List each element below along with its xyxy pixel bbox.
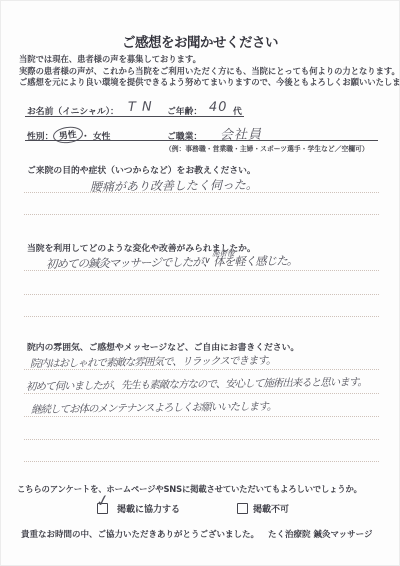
publish-deny-label: 掲載不可 xyxy=(253,502,289,515)
answer-line xyxy=(24,439,379,440)
answer-line xyxy=(24,369,379,370)
age-value: 40 xyxy=(209,100,228,115)
answer-line xyxy=(24,416,379,417)
question-1-label: ご来院の目的や症状（いつからなど）をお教えください。 xyxy=(27,163,256,176)
intro-paragraph: 当院では現在、患者様の声を募集しております。 実際の患者様の声が、これから当院を… xyxy=(19,54,400,89)
clinic-name: たく治療院 鍼灸マッサージ xyxy=(268,528,372,540)
name-value: T N xyxy=(128,100,153,115)
thanks-text: 貴重なお時間の中、ご協力いただきありがとうございました。 xyxy=(21,528,259,540)
name-row-underline xyxy=(25,116,244,117)
answer-line xyxy=(24,192,379,193)
selection-circle: 男性 xyxy=(52,125,83,144)
intro-line-3: ご感想を元により良い環境を提供できるよう努めてまいりますので、今後ともよろしくお… xyxy=(19,77,400,89)
answer-line xyxy=(24,461,379,462)
answer-line xyxy=(24,270,379,271)
occupation-hint: （例：事務職・営業職・主婦・スポーツ選手・学生など／空欄可） xyxy=(165,143,369,153)
page-title: ご感想をお聞かせください xyxy=(0,31,400,51)
publish-deny-checkbox xyxy=(237,503,248,514)
intro-line-1: 当院では現在、患者様の声を募集しております。 xyxy=(19,54,400,66)
question-3-label: 院内の雰囲気、ご感想やメッセージなど、ご自由にお書きください。 xyxy=(27,340,299,353)
answer-line xyxy=(24,316,379,317)
intro-line-2: 実際の患者様の声が、これから当院をご利用いただく方にも、当院にとっても何よりの力… xyxy=(19,66,400,78)
gender-row-underline xyxy=(25,140,378,141)
answer-line xyxy=(24,393,379,394)
feedback-form-scan: ご感想をお聞かせください 当院では現在、患者様の声を募集しております。 実際の患… xyxy=(0,0,400,566)
question-3-answer-3: 継続してお体のメンテナンスよろしくお願いいたします。 xyxy=(31,399,277,417)
question-3-answer-2: 初めて伺いましたが、先生も素敵な方なので、安心して施術出来ると思います。 xyxy=(26,374,367,394)
publish-allow-label: 掲載に協力する xyxy=(117,502,180,515)
publish-question: こちらのアンケートを、ホームページやSNSに掲載させていただいてもよろしいでしょ… xyxy=(17,483,362,495)
answer-line xyxy=(24,214,379,215)
answer-line xyxy=(24,294,379,295)
